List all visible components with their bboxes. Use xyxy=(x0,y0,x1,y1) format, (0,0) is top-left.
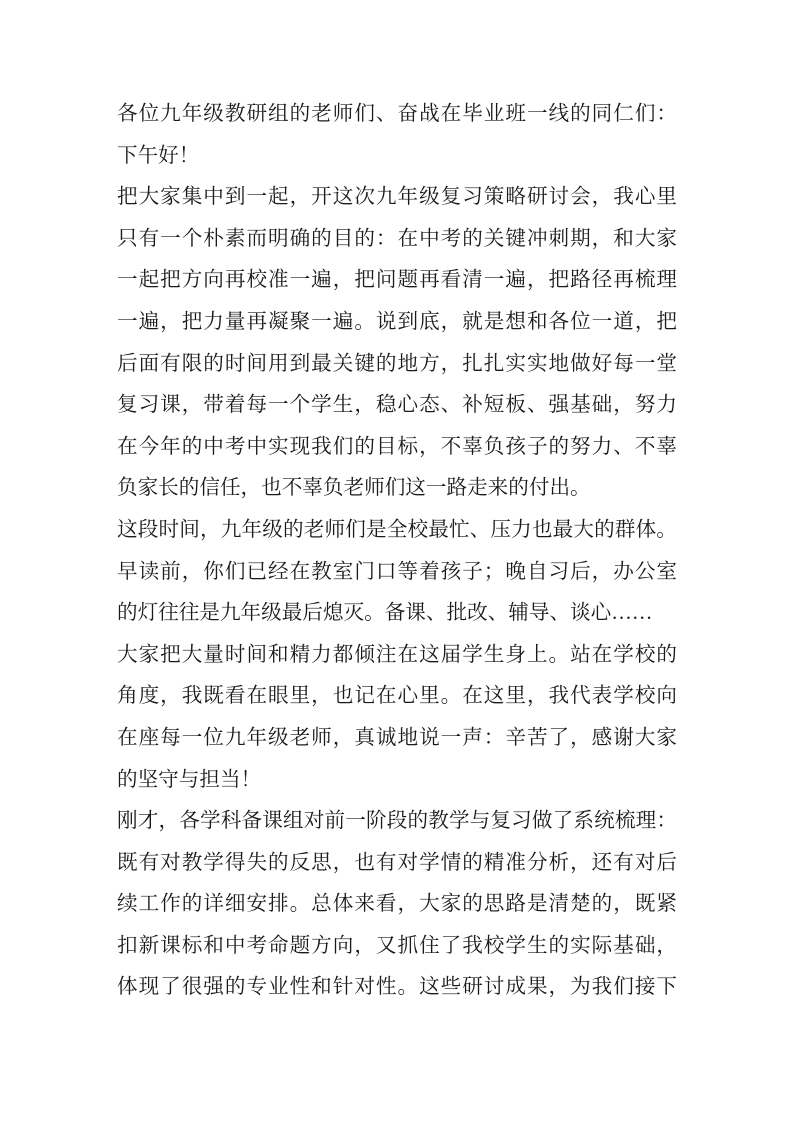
text-line: 负家长的信任，也不辜负老师们这一路走来的付出。 xyxy=(117,468,677,510)
paragraph: 把大家集中到一起，开这次九年级复习策略研讨会，我心里只有一个朴素而明确的目的：在… xyxy=(117,177,677,510)
text-line: 在今年的中考中实现我们的目标，不辜负孩子的努力、不辜 xyxy=(117,427,677,469)
text-line: 一起把方向再校准一遍，把问题再看清一遍，把路径再梳理 xyxy=(117,260,677,302)
text-line: 刚才，各学科备课组对前一阶段的教学与复习做了系统梳理： xyxy=(117,801,677,843)
text-line: 续工作的详细安排。总体来看，大家的思路是清楚的，既紧 xyxy=(117,884,677,926)
text-line: 只有一个朴素而明确的目的：在中考的关键冲刺期，和大家 xyxy=(117,219,677,261)
text-line: 把大家集中到一起，开这次九年级复习策略研讨会，我心里 xyxy=(117,177,677,219)
text-line: 后面有限的时间用到最关键的地方，扎扎实实地做好每一堂 xyxy=(117,344,677,386)
text-line: 这段时间，九年级的老师们是全校最忙、压力也最大的群体。 xyxy=(117,510,677,552)
text-line: 既有对教学得失的反思，也有对学情的精准分析，还有对后 xyxy=(117,843,677,885)
paragraph: 刚才，各学科备课组对前一阶段的教学与复习做了系统梳理：既有对教学得失的反思，也有… xyxy=(117,801,677,1009)
text-line: 扣新课标和中考命题方向，又抓住了我校学生的实际基础， xyxy=(117,926,677,968)
text-line: 复习课，带着每一个学生，稳心态、补短板、强基础，努力 xyxy=(117,385,677,427)
text-line: 下午好！ xyxy=(117,136,677,178)
text-line: 在座每一位九年级老师，真诚地说一声：辛苦了，感谢大家 xyxy=(117,718,677,760)
text-line: 各位九年级教研组的老师们、奋战在毕业班一线的同仁们： xyxy=(117,94,677,136)
text-line: 早读前，你们已经在教室门口等着孩子；晚自习后，办公室 xyxy=(117,552,677,594)
document-page: 各位九年级教研组的老师们、奋战在毕业班一线的同仁们：下午好！把大家集中到一起，开… xyxy=(0,0,793,1122)
text-line: 的坚守与担当！ xyxy=(117,760,677,802)
paragraph: 下午好！ xyxy=(117,136,677,178)
document-body: 各位九年级教研组的老师们、奋战在毕业班一线的同仁们：下午好！把大家集中到一起，开… xyxy=(117,94,677,1009)
paragraph: 这段时间，九年级的老师们是全校最忙、压力也最大的群体。早读前，你们已经在教室门口… xyxy=(117,510,677,801)
text-line: 体现了很强的专业性和针对性。这些研讨成果，为我们接下 xyxy=(117,967,677,1009)
text-line: 一遍，把力量再凝聚一遍。说到底，就是想和各位一道，把 xyxy=(117,302,677,344)
text-line: 大家把大量时间和精力都倾注在这届学生身上。站在学校的 xyxy=(117,635,677,677)
text-line: 角度，我既看在眼里，也记在心里。在这里，我代表学校向 xyxy=(117,676,677,718)
text-line: 的灯往往是九年级最后熄灭。备课、批改、辅导、谈心…… xyxy=(117,593,677,635)
paragraph: 各位九年级教研组的老师们、奋战在毕业班一线的同仁们： xyxy=(117,94,677,136)
